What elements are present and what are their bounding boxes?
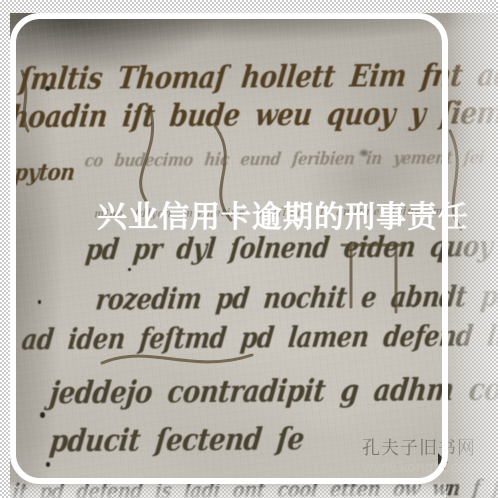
ink-speck (38, 300, 41, 304)
ink-flourish (10, 13, 498, 498)
photo-caption-overlay: 兴业信用卡逾期的刑事责任 (97, 192, 469, 236)
screenshot-canvas: ſmltis Thomaſ hollett Eim fnt ad oſpondy… (0, 0, 498, 498)
watermark-site-url: www.kongfz.com (362, 460, 480, 476)
ink-speck (45, 86, 50, 91)
manuscript-photo: ſmltis Thomaſ hollett Eim fnt ad oſpondy… (10, 13, 498, 498)
ink-speck (360, 150, 368, 156)
watermark-site-name: 孔夫子旧书网 (362, 434, 476, 460)
ink-speck (46, 462, 50, 467)
ink-speck (40, 412, 45, 418)
mouse-cursor-icon (436, 452, 450, 470)
ink-speck (128, 268, 131, 271)
